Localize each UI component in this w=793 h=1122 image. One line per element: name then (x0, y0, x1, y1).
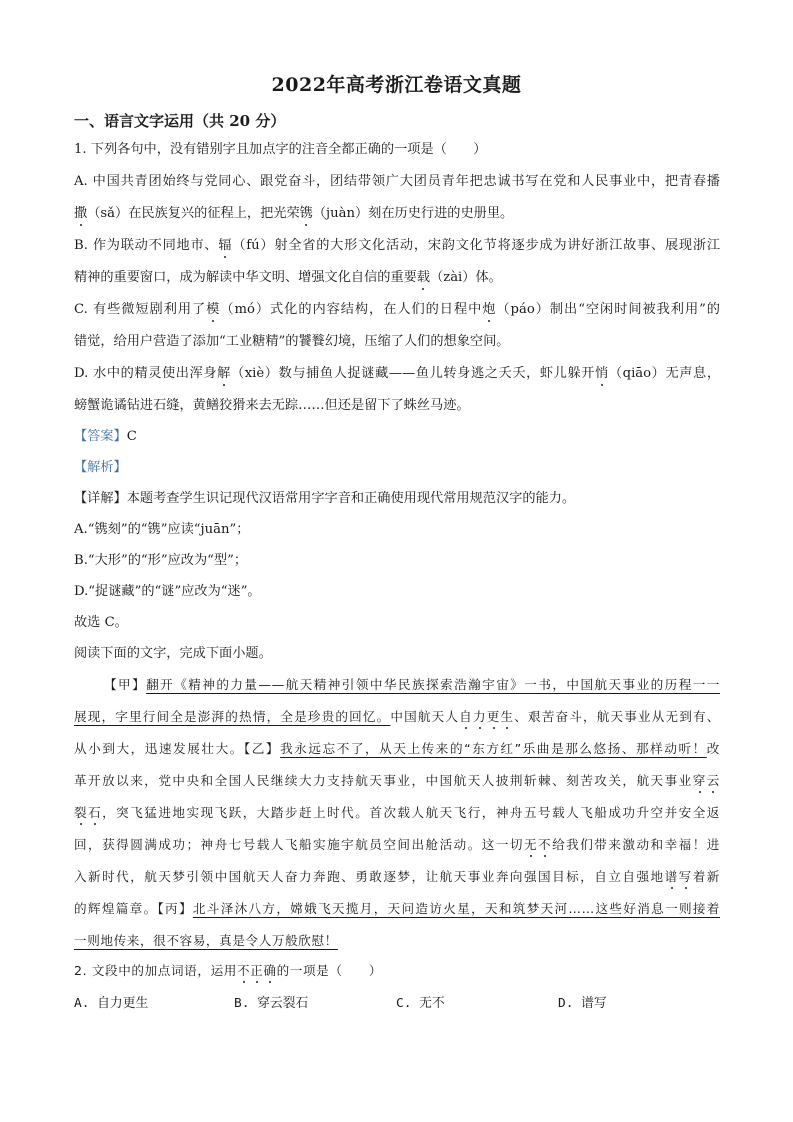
detail-label: 【详解】 (74, 491, 127, 506)
option-d-line-1: D. 水中的精灵使出浑身解（xiè）数与捕鱼人捉谜藏——鱼儿转身逃之夭夭，虾儿躲… (74, 365, 720, 383)
passage-line-8: 的辉煌篇章。【丙】北斗泽沐八方，嫦娥飞天揽月，天问造访火星，天和筑梦天河……这些… (74, 900, 720, 918)
option-d-line-2: 螃蟹诡谲钻进石缝，黄鳝狡猾来去无踪……但还是留下了蛛丝马迹。 (74, 397, 470, 415)
conclusion: 故选 C。 (74, 614, 128, 632)
q2-option-d: D. 谱写 (558, 992, 607, 1011)
answer-line: 【答案】C (74, 428, 137, 446)
answer-label: 【答案】 (74, 429, 127, 444)
document-title: 2022年高考浙江卷语文真题 (0, 70, 793, 97)
passage-line-2: 展现，字里行间全是澎湃的热情，全是珍贵的回忆。中国航天人自力更生、艰苦奋斗，航天… (74, 708, 720, 726)
q2-option-a: A. 自力更生 (74, 992, 148, 1011)
question-2-stem: 2. 文段中的加点词语，运用不正确的一项是（ ） (74, 962, 382, 980)
option-b-line-1: B. 作为联动不同地市、辐（fú）射全省的大形文化活动，宋韵文化节将逐步成为讲好… (74, 237, 720, 255)
q2-option-c: C. 无不 (396, 992, 445, 1011)
explain-b: B.“大形”的“形”应改为“型”； (74, 552, 247, 570)
passage-line-3: 从小到大，迅速发展壮大。【乙】我永远忘不了，从天上传来的“东方红”乐曲是那么悠扬… (74, 740, 720, 758)
explain-a: A.“镌刻”的“镌”应读“juān”； (74, 521, 249, 539)
explain-d: D.“捉谜藏”的“谜”应改为“迷”。 (74, 583, 261, 601)
passage-line-4: 革开放以来，党中央和全国人民继续大力支持航天事业，中国航天人披荆斩棘、刻苦攻关，… (74, 772, 720, 790)
answer-value: C (127, 429, 137, 444)
option-b-line-2: 精神的重要窗口，成为解读中华文明、增强文化自信的重要载（zài）体。 (74, 269, 502, 287)
option-c-line-2: 错觉，给用户营造了添加“工业糖精”的饕餮幻境，压缩了人们的想象空间。 (74, 333, 509, 351)
passage-line-5: 裂石，突飞猛进地实现飞跃，大踏步赶上时代。首次载人航天飞行，神舟五号载人飞船成功… (74, 804, 720, 822)
section-heading: 一、语言文字运用（共 20 分） (74, 110, 285, 131)
question-1-stem: 1. 下列各句中，没有错别字且加点字的注音全都正确的一项是（ ） (74, 141, 486, 159)
passage-line-1: 【甲】翻开《精神的力量——航天精神引领中华民族探索浩瀚宇宙》一书，中国航天事业的… (104, 676, 720, 694)
passage-line-6: 回，获得圆满成功；神舟七号载人飞船实施宇航员空间出舱活动。这一切无不给我们带来激… (74, 836, 720, 854)
passage-line-7: 入新时代，航天梦引领中国航天人奋力奔跑、勇敢逐梦，让航天事业奔向强国目标，自立自… (74, 868, 720, 886)
document-page: 2022年高考浙江卷语文真题 一、语言文字运用（共 20 分） 1. 下列各句中… (0, 0, 793, 1122)
option-a-line-2: 撒（sǎ）在民族复兴的征程上，把光荣镌（juàn）刻在历史行进的史册里。 (74, 205, 513, 223)
detail-line: 【详解】本题考查学生识记现代汉语常用字字音和正确使用现代常用规范汉字的能力。 (74, 490, 575, 508)
reading-instruction: 阅读下面的文字，完成下面小题。 (74, 645, 272, 663)
passage-line-9: 一则地传来，很不容易，真是令人万般欣慰！ (74, 932, 338, 950)
option-a-line-1: A. 中国共青团始终与党同心、跟党奋斗，团结带领广大团员青年把忠诚书写在党和人民… (74, 173, 720, 191)
analysis-label: 【解析】 (74, 459, 127, 477)
option-c-line-1: C. 有些微短剧利用了模（mó）式化的内容结构，在人们的日程中炮（páo）制出“… (74, 301, 720, 319)
q2-option-b: B. 穿云裂石 (234, 992, 308, 1011)
